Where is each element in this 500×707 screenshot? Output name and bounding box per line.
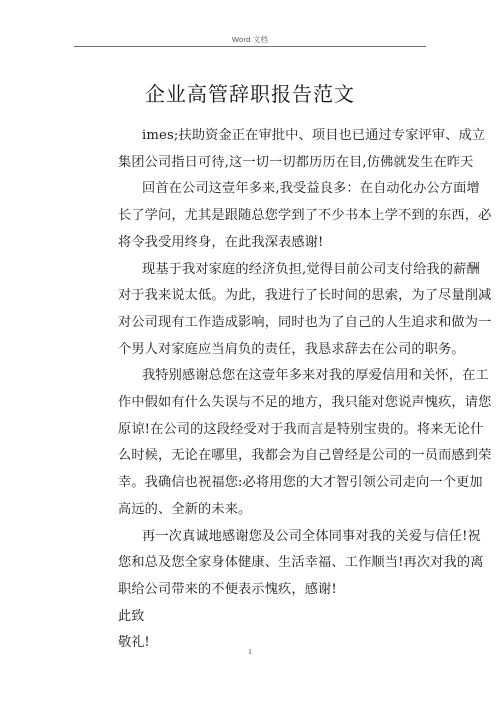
- document-title: 企业高管辞职报告范文: [0, 78, 500, 107]
- paragraph-1: imes;扶助资金正在审批中、项目也已通过专家评审、成立 集团公司指日可待,这一…: [94, 123, 418, 176]
- text-line: imes;扶助资金正在审批中、项目也已通过专家评审、成立: [94, 123, 418, 150]
- text-line: 您和总及您全家身体健康、生活幸福、工作顺当!再次对我的离: [94, 550, 418, 577]
- text-line: 对公司现有工作造成影响，同时也为了自己的人生追求和做为一: [94, 310, 418, 337]
- text-line: 么时候，无论在哪里，我都会为自己曾经是公司的一员而感到荣: [94, 443, 418, 470]
- text-line: 回首在公司这壹年多来,我受益良多：在自动化办公方面增: [94, 176, 418, 203]
- text-line: 个男人对家庭应当肩负的责任，我恳求辞去在公司的职务。: [94, 337, 418, 364]
- text-line: 再一次真诚地感谢您及公司全体同事对我的关爱与信任!祝: [94, 524, 418, 551]
- header-divider: [74, 46, 426, 47]
- text-line: 集团公司指日可待,这一切一切都历历在目,仿佛就发生在昨天: [94, 150, 418, 177]
- text-line: 作中假如有什么失误与不足的地方，我只能对您说声愧疚，请您: [94, 390, 418, 417]
- text-line: 职给公司带来的不便表示愧疚，感谢!: [94, 577, 418, 604]
- text-line: 现基于我对家庭的经济负担,觉得目前公司支付给我的薪酬: [94, 257, 418, 284]
- text-line: 将令我受用终身，在此我深表感谢!: [94, 230, 418, 257]
- paragraph-2: 回首在公司这壹年多来,我受益良多：在自动化办公方面增 长了学问，尤其是跟随总您学…: [94, 176, 418, 256]
- text-line: 我特别感谢总您在这壹年多来对我的厚爱信用和关怀，在工: [94, 363, 418, 390]
- page-header-label: Word 文档: [74, 34, 426, 45]
- page-number: 1: [0, 648, 500, 656]
- document-body: imes;扶助资金正在审批中、项目也已通过专家评审、成立 集团公司指日可待,这一…: [94, 123, 418, 657]
- text-line: 高远的、全新的未来。: [94, 497, 418, 524]
- closing-salutation: 此致: [94, 604, 418, 631]
- text-line: 原谅!在公司的这段经受对于我而言是特别宝贵的。将来无论什: [94, 417, 418, 444]
- text-line: 长了学问，尤其是跟随总您学到了不少书本上学不到的东西，必: [94, 203, 418, 230]
- text-line: 幸。我确信也祝福您:必将用您的大才智引领公司走向一个更加: [94, 470, 418, 497]
- paragraph-4: 我特别感谢总您在这壹年多来对我的厚爱信用和关怀，在工 作中假如有什么失误与不足的…: [94, 363, 418, 523]
- paragraph-5: 再一次真诚地感谢您及公司全体同事对我的关爱与信任!祝 您和总及您全家身体健康、生…: [94, 524, 418, 604]
- text-line: 对于我来说太低。为此，我进行了长时间的思索，为了尽量削减: [94, 283, 418, 310]
- paragraph-3: 现基于我对家庭的经济负担,觉得目前公司支付给我的薪酬 对于我来说太低。为此，我进…: [94, 257, 418, 364]
